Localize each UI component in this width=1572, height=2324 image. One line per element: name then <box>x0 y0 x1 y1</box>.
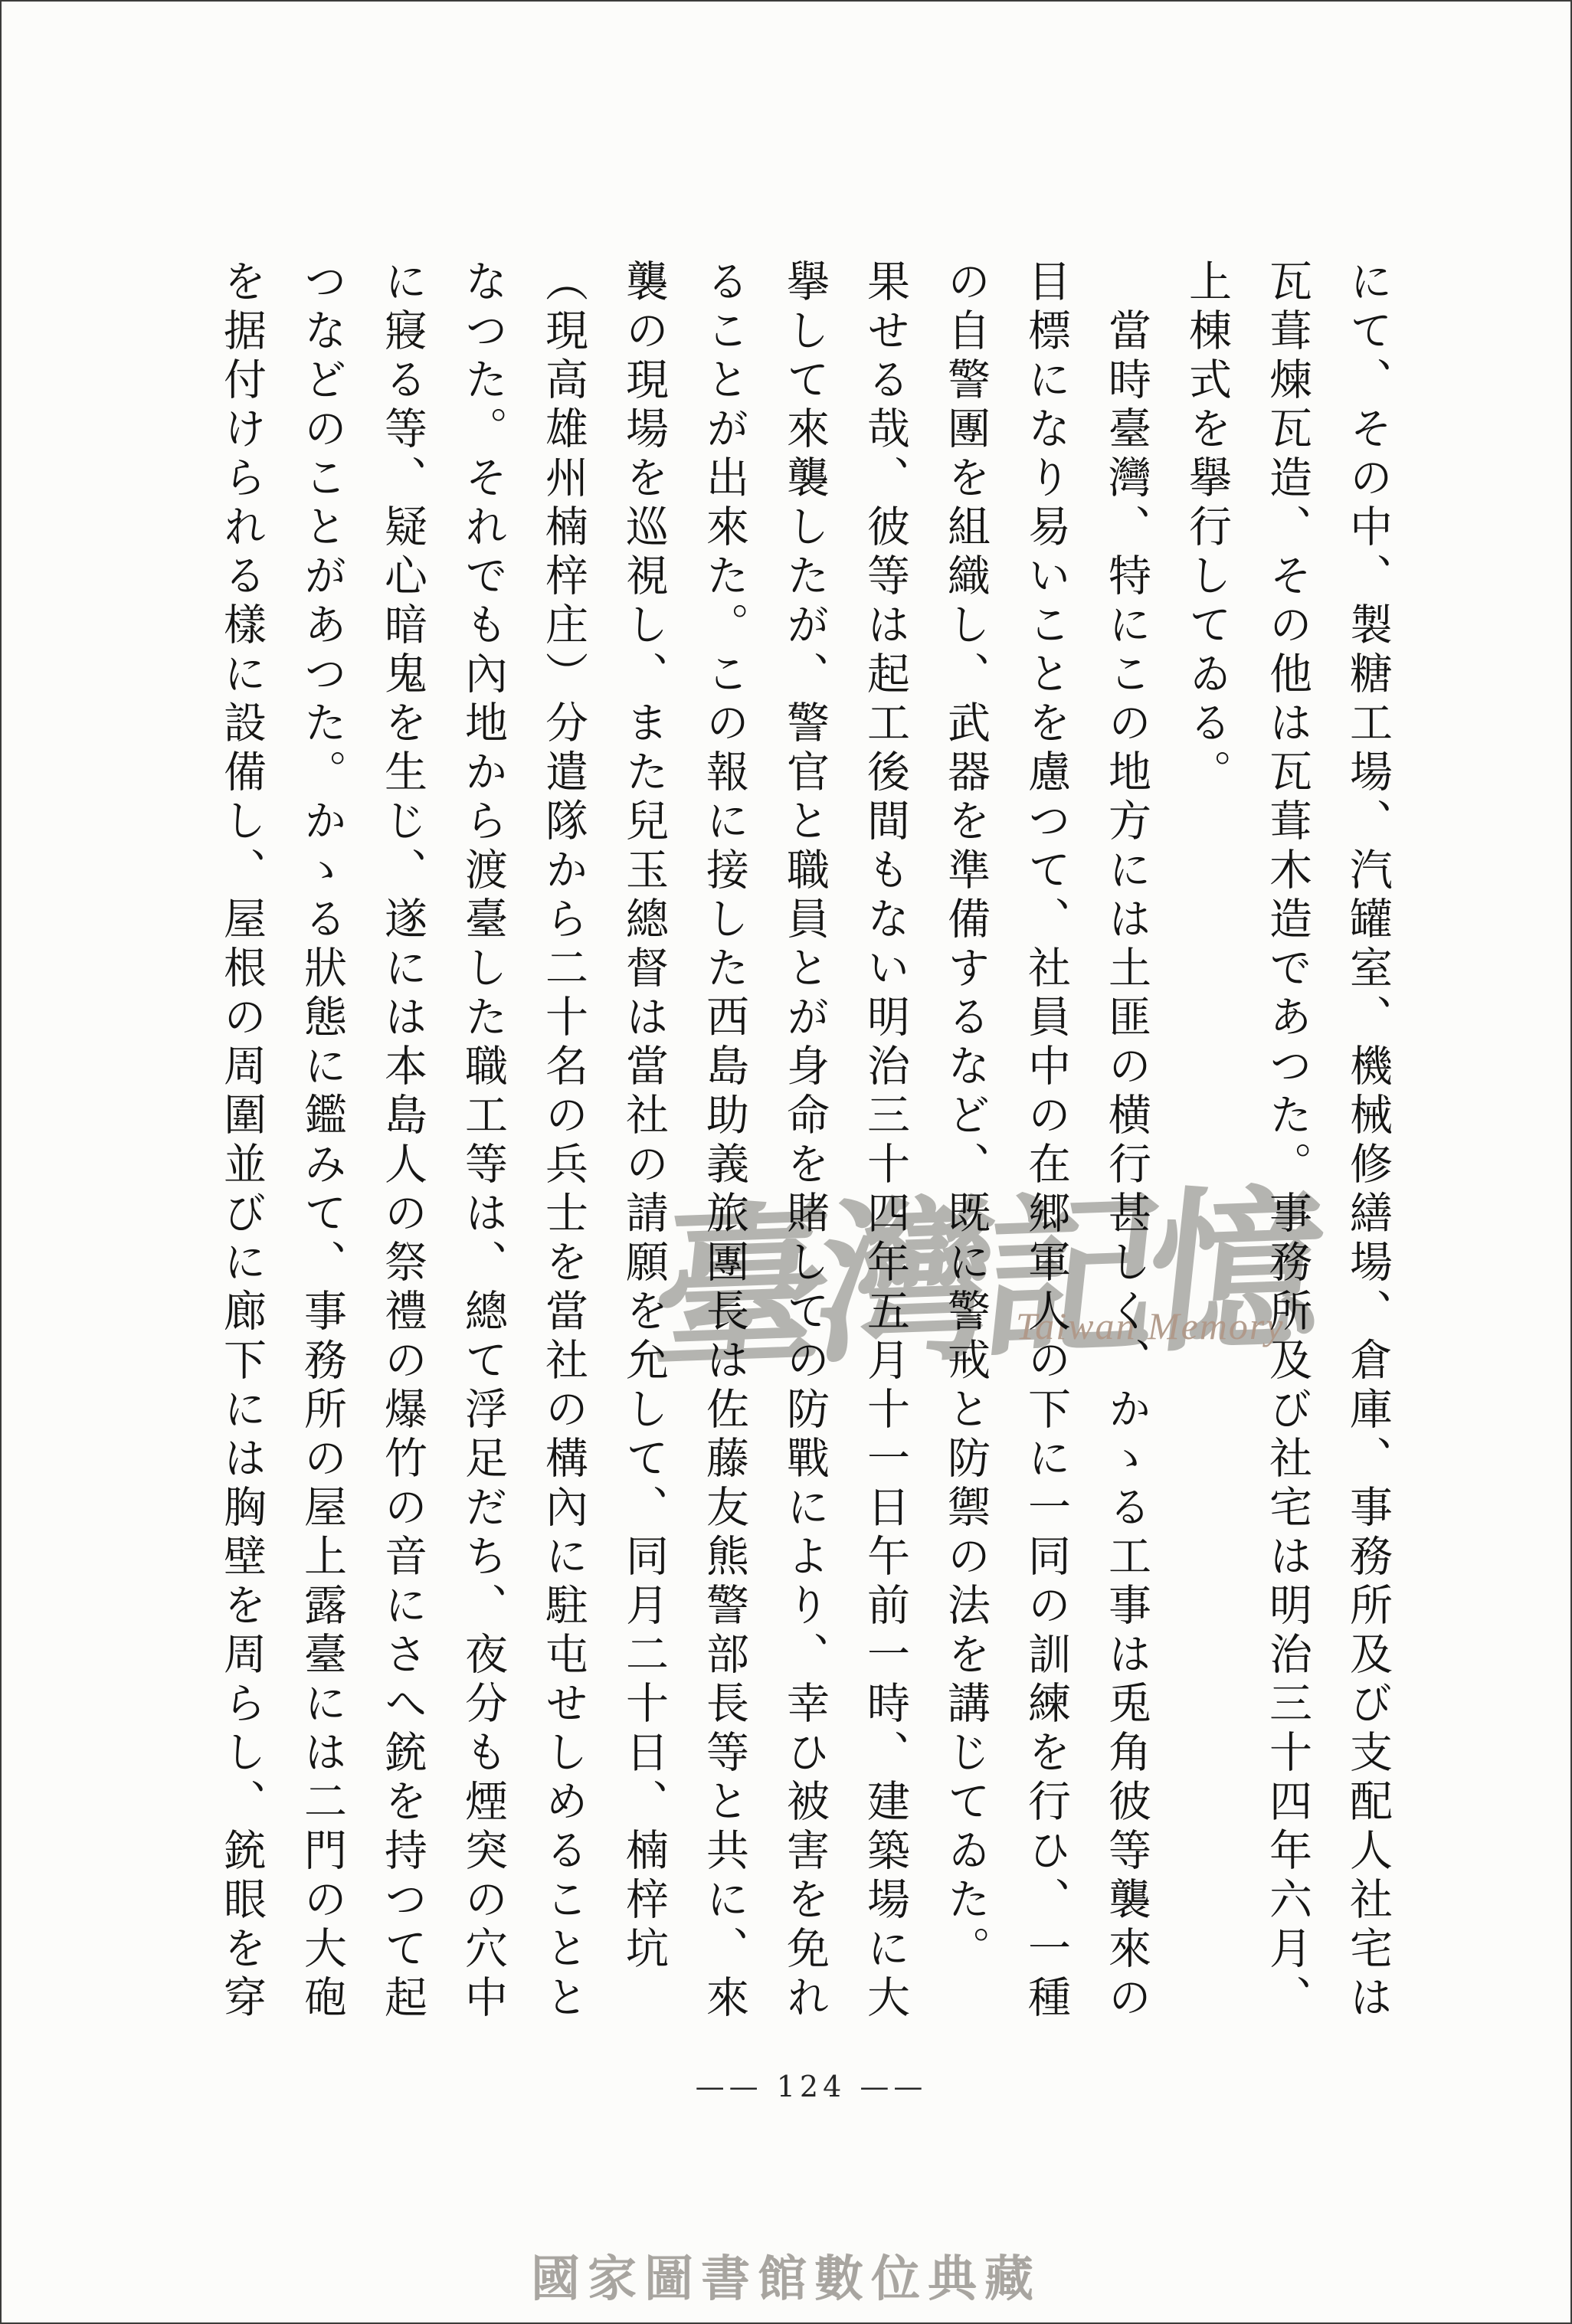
text-column: の自警團を組織し、武器を準備するなど、既に警戒と防禦の法を講じてゐた。 <box>925 259 1006 2044</box>
text-column: 目標になり易いことを慮つて、社員中の在郷軍人の下に一同の訓練を行ひ、一種 <box>1006 259 1086 2044</box>
text-column: を据付けられる樣に設備し、屋根の周圍並びに廊下には胸壁を周らし、銃眼を穿 <box>201 259 282 2044</box>
text-column: に寢る等、疑心暗鬼を生じ、遂には本島人の祭禮の爆竹の音にさへ銃を持つて起 <box>362 259 443 2044</box>
text-column: 襲の現場を巡視し、また兒玉總督は當社の請願を允して、同月二十日、楠梓坑 <box>604 259 684 2044</box>
scanned-book-page: にて、その中、製糖工場、汽罐室、機械修繕場、倉庫、事務所及び支配人社宅は 瓦葺煉… <box>0 0 1572 2324</box>
text-column: 果せる哉、彼等は起工後間もない明治三十四年五月十一日午前一時、建築場に大 <box>845 259 925 2044</box>
library-archive-footer: 國家圖書館數位典藏 <box>2 2240 1570 2310</box>
text-column: （現高雄州楠梓庄）分遣隊から二十名の兵士を當社の構內に駐屯せしめることと <box>523 259 604 2044</box>
text-column: にて、その中、製糖工場、汽罐室、機械修繕場、倉庫、事務所及び支配人社宅は <box>1328 259 1408 2044</box>
text-column: 擧して來襲したが、警官と職員とが身命を賭しての防戰により、幸ひ被害を免れ <box>765 259 845 2044</box>
text-column: つなどのことがあつた。かゝる狀態に鑑みて、事務所の屋上露臺には二門の大砲 <box>282 259 362 2044</box>
text-column: ることが出來た。この報に接した西島助義旅團長は佐藤友熊警部長等と共に、來 <box>684 259 765 2044</box>
text-column: 上棟式を擧行してゐる。 <box>1167 259 1247 2044</box>
page-number: —— 124 —— <box>2 2070 1570 2103</box>
text-column: 當時臺灣、特にこの地方には土匪の横行甚しく、かゝる工事は兎角彼等襲來の <box>1086 259 1167 2044</box>
text-column: 瓦葺煉瓦造、その他は瓦葺木造であつた。事務所及び社宅は明治三十四年六月、 <box>1247 259 1328 2044</box>
body-text: にて、その中、製糖工場、汽罐室、機械修繕場、倉庫、事務所及び支配人社宅は 瓦葺煉… <box>201 259 1408 2044</box>
text-column: なつた。それでも內地から渡臺した職工等は、總て浮足だち、夜分も煙突の穴中 <box>443 259 523 2044</box>
